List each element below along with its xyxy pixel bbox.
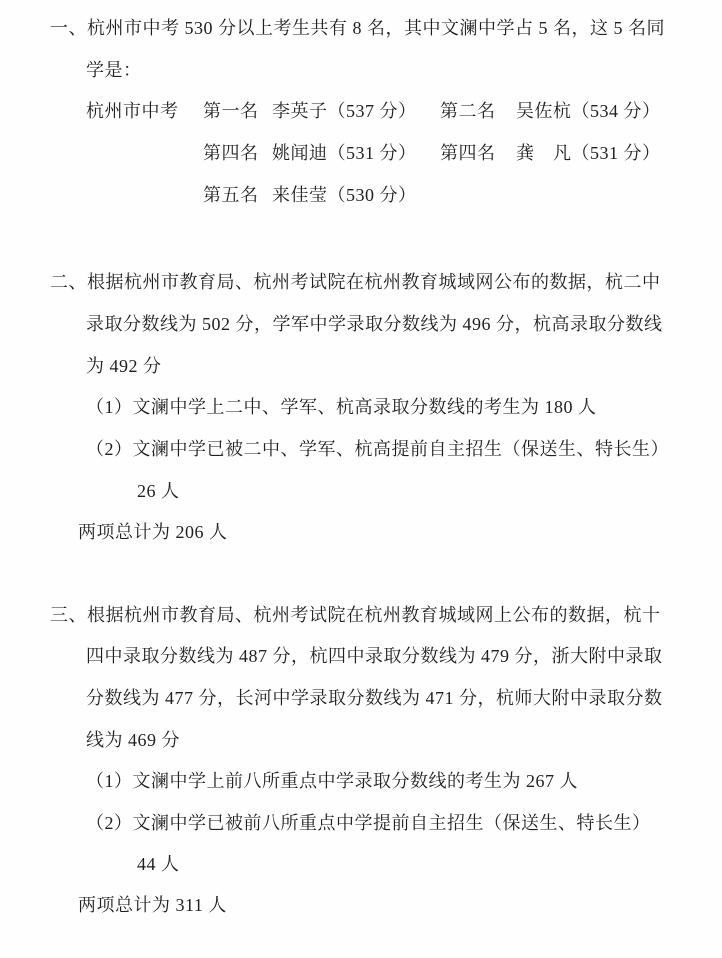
section3-line2: 四中录取分数线为 487 分，杭四中录取分数线为 479 分，浙大附中录取 — [86, 646, 663, 666]
section3-line1: 三、根据杭州市教育局、杭州考试院在杭州教育城域网上公布的数据，杭十 — [50, 605, 661, 625]
exam-label: 杭州市中考 — [86, 101, 179, 121]
section2-line3: 为 492 分 — [86, 356, 162, 376]
section2-line1: 二、根据杭州市教育局、杭州考试院在杭州教育城域网公布的数据，杭二中 — [50, 272, 661, 292]
rank-4-name-score: 龚 凡（531 分） — [516, 143, 661, 163]
rank-3-label: 第四名 — [203, 143, 259, 163]
section3-item1: （1）文澜中学上前八所重点中学录取分数线的考生为 267 人 — [86, 771, 578, 791]
rank-2-name-score: 吴佐杭（534 分） — [516, 101, 661, 121]
section3-item2: （2）文澜中学已被前八所重点中学提前自主招生（保送生、特长生） — [86, 813, 651, 833]
section1-heading-line1: 一、杭州市中考 530 分以上考生共有 8 名，其中文澜中学占 5 名，这 5 … — [50, 18, 665, 38]
rank-5-label: 第五名 — [203, 185, 259, 205]
section2-item2: （2）文澜中学已被二中、学军、杭高提前自主招生（保送生、特长生） — [86, 439, 669, 459]
rank-1-name-score: 李英子（537 分） — [272, 101, 417, 121]
section3-total: 两项总计为 311 人 — [78, 895, 227, 915]
section3-line3: 分数线为 477 分，长河中学录取分数线为 471 分，杭师大附中录取分数 — [86, 688, 663, 708]
section2-item2-cont: 26 人 — [137, 481, 180, 501]
rank-4-label: 第四名 — [440, 143, 496, 163]
rank-5-name-score: 来佳莹（530 分） — [272, 185, 417, 205]
document-page: 一、杭州市中考 530 分以上考生共有 8 名，其中文澜中学占 5 名，这 5 … — [0, 0, 722, 958]
section2-item1: （1）文澜中学上二中、学军、杭高录取分数线的考生为 180 人 — [86, 397, 597, 417]
rank-2-label: 第二名 — [440, 101, 496, 121]
section2-total: 两项总计为 206 人 — [78, 522, 228, 542]
section3-item2-cont: 44 人 — [137, 854, 180, 874]
rank-3-name-score: 姚闻迪（531 分） — [272, 143, 417, 163]
section2-line2: 录取分数线为 502 分，学军中学录取分数线为 496 分，杭高录取分数线 — [86, 314, 663, 334]
section1-heading-line2: 学是： — [86, 60, 142, 80]
rank-1-label: 第一名 — [203, 101, 259, 121]
section3-line4: 线为 469 分 — [86, 730, 180, 750]
